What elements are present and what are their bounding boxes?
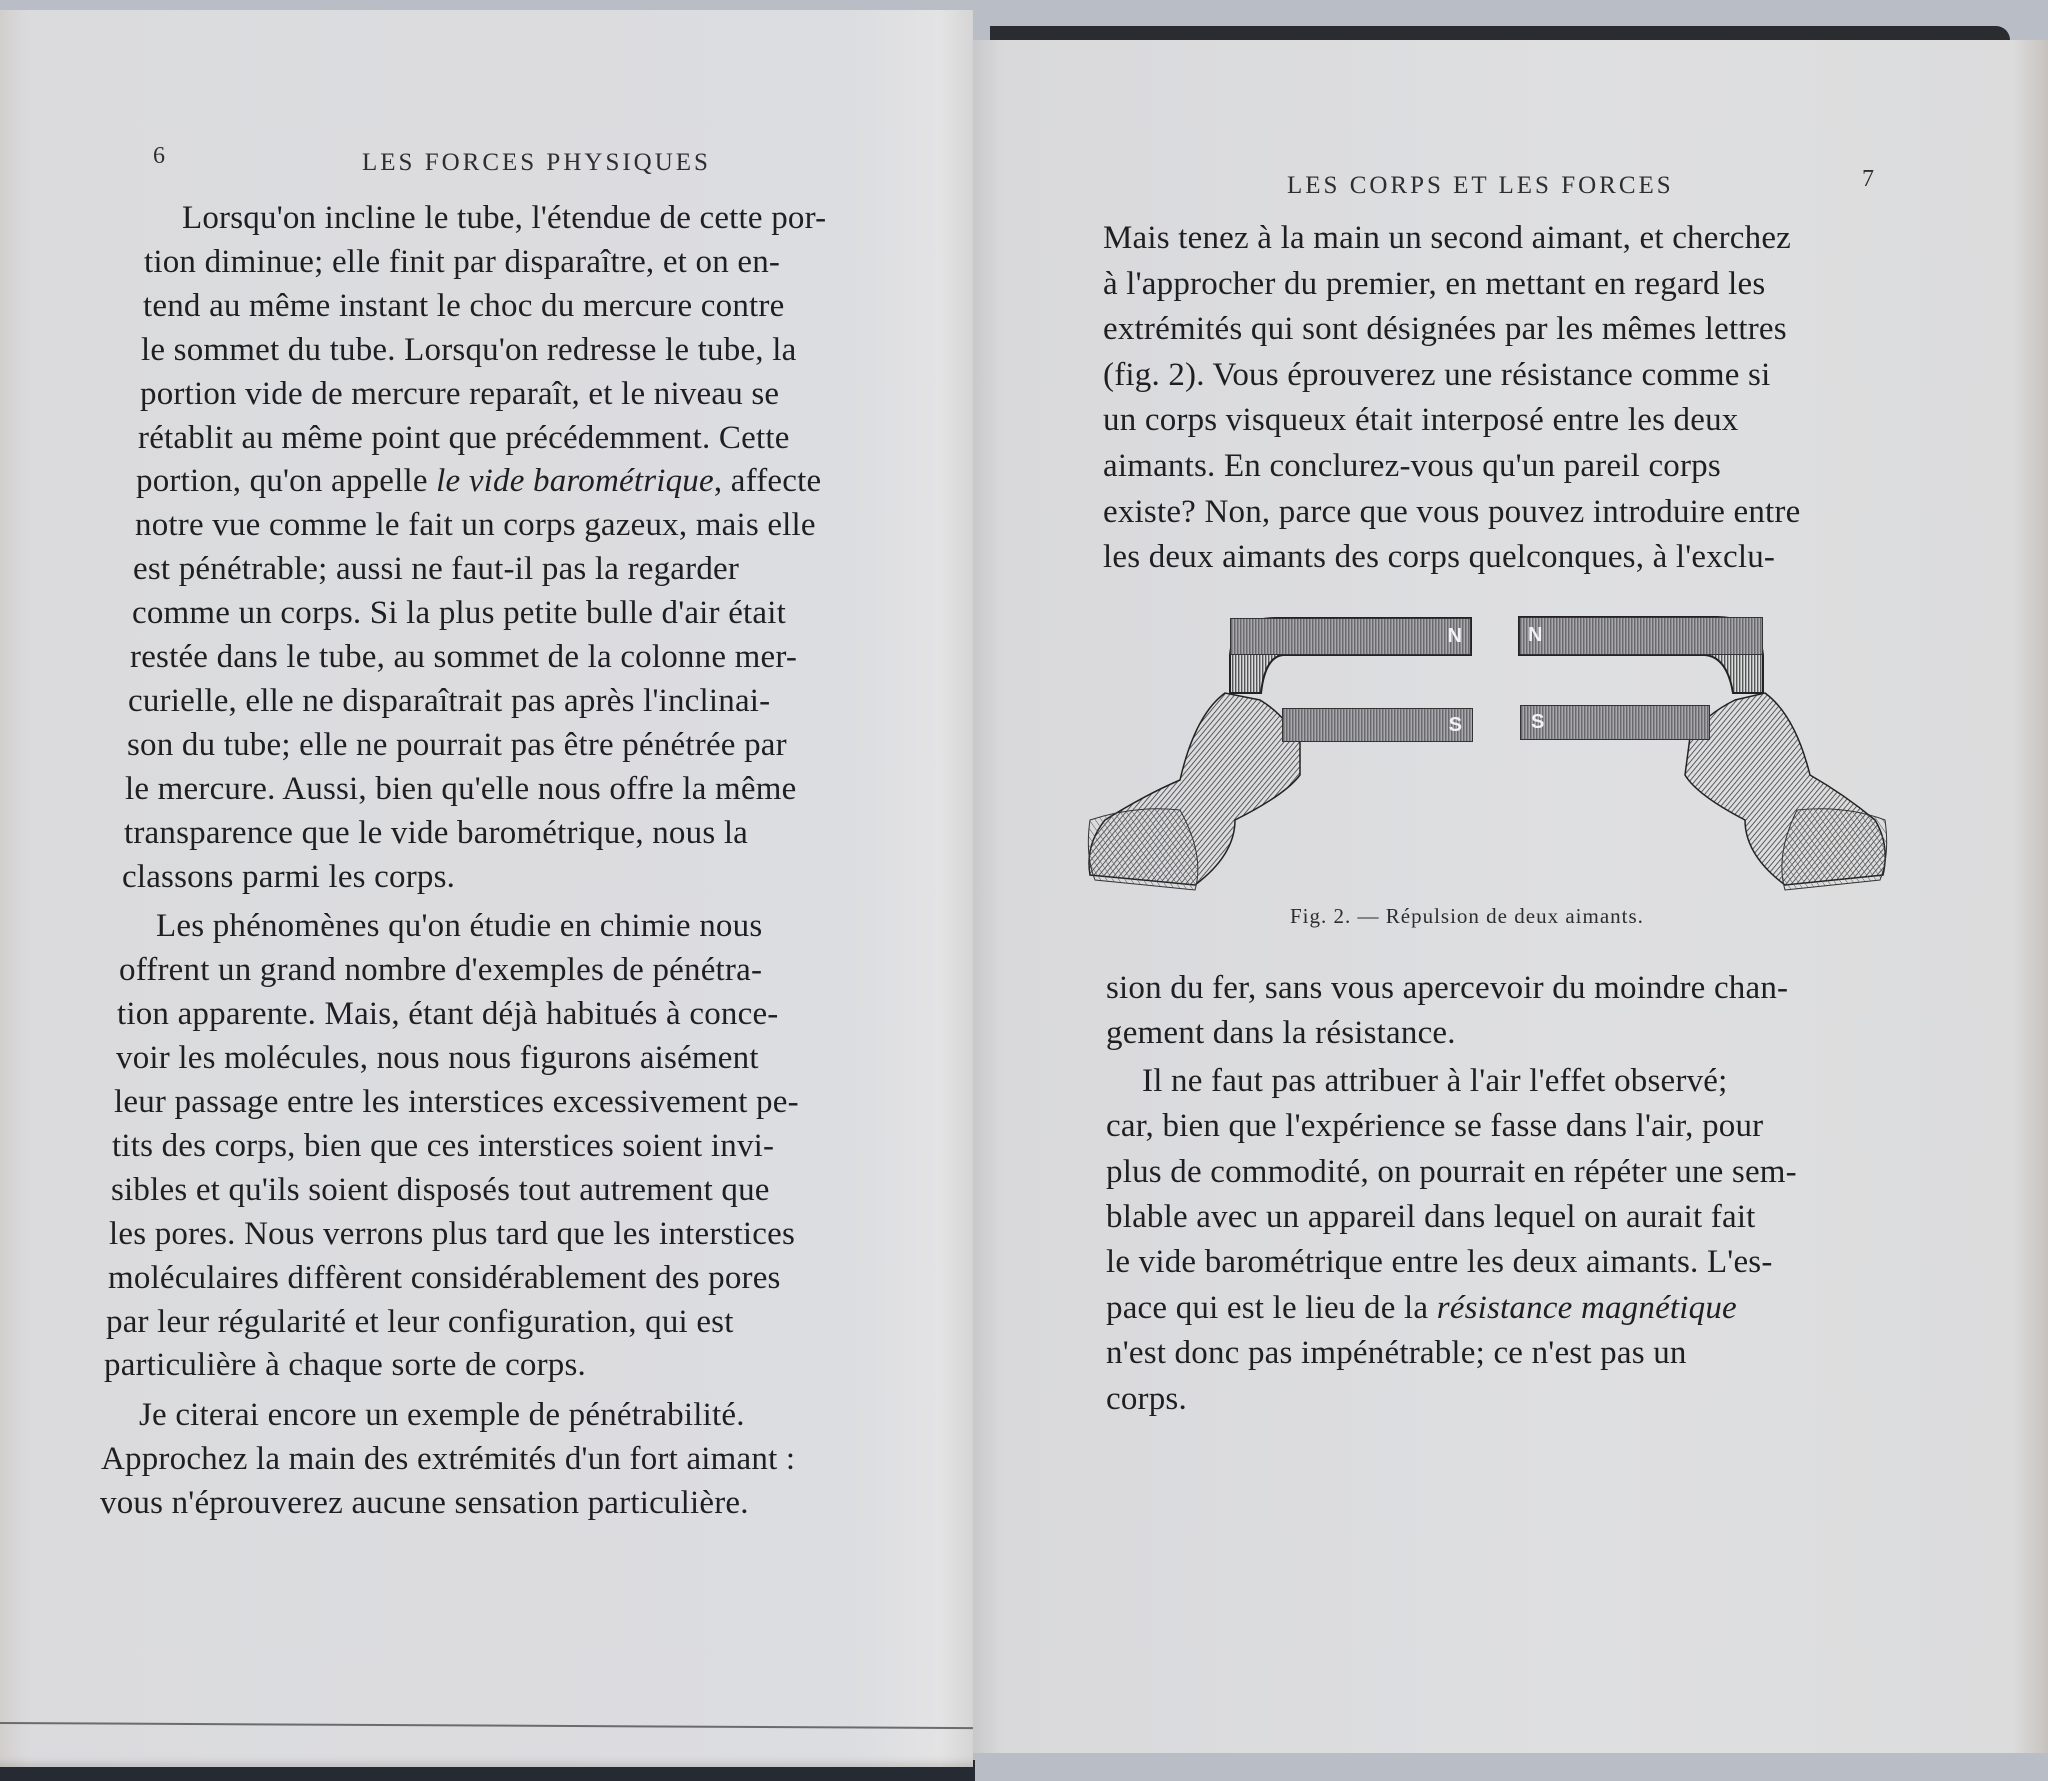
- text-line: curielle, elle ne disparaîtrait pas aprè…: [128, 683, 770, 720]
- running-head: LES CORPS ET LES FORCES: [1287, 172, 1674, 200]
- text-line: Il ne faut pas attribuer à l'air l'effet…: [1142, 1063, 1728, 1100]
- figure-caption: Fig. 2. — Répulsion de deux aimants.: [1290, 904, 1644, 929]
- text-line: le vide barométrique entre les deux aima…: [1106, 1244, 1773, 1281]
- text-line: plus de commodité, on pourrait en répéte…: [1106, 1154, 1797, 1191]
- text-line: n'est donc pas impénétrable; ce n'est pa…: [1106, 1335, 1687, 1372]
- text-line: tion apparente. Mais, étant déjà habitué…: [117, 996, 778, 1033]
- text-line: portion vide de mercure reparaît, et le …: [140, 376, 779, 413]
- text-line: classons parmi les corps.: [122, 859, 455, 896]
- text-line: rétablit au même point que précédemment.…: [138, 420, 790, 457]
- text-line: car, bien que l'expérience se fasse dans…: [1106, 1108, 1763, 1145]
- text-line: offrent un grand nombre d'exemples de pé…: [119, 952, 762, 989]
- text-line: gement dans la résistance.: [1106, 1015, 1456, 1052]
- text-line: les deux aimants des corps quelconques, …: [1103, 539, 1775, 576]
- text-line: sion du fer, sans vous apercevoir du moi…: [1106, 970, 1788, 1007]
- text-line: aimants. En conclurez-vous qu'un pareil …: [1103, 448, 1721, 485]
- text-line: portion, qu'on appelle le vide barométri…: [136, 463, 821, 500]
- text-line: existe? Non, parce que vous pouvez intro…: [1103, 494, 1800, 531]
- text-line: moléculaires diffèrent considérablement …: [108, 1260, 781, 1297]
- text-line: tits des corps, bien que ces interstices…: [112, 1128, 774, 1165]
- text-line: extrémités qui sont désignées par les mê…: [1103, 311, 1787, 348]
- text-line: Mais tenez à la main un second aimant, e…: [1103, 220, 1791, 257]
- text-line: pace qui est le lieu de la résistance ma…: [1106, 1290, 1737, 1327]
- magnet-right-lower-arm: S: [1520, 705, 1710, 740]
- magnet-left-upper-arm: N: [1230, 618, 1471, 655]
- text-line: Approchez la main des extrémités d'un fo…: [101, 1441, 795, 1478]
- text-line: les pores. Nous verrons plus tard que le…: [109, 1216, 795, 1253]
- italic-term: résistance magnétique: [1437, 1290, 1737, 1326]
- text-line: voir les molécules, nous nous figurons a…: [116, 1040, 759, 1077]
- running-head: LES FORCES PHYSIQUES: [362, 149, 711, 177]
- text-line: (fig. 2). Vous éprouverez une résistance…: [1103, 357, 1770, 394]
- text-line: tend au même instant le choc du mercure …: [143, 288, 784, 325]
- pole-label: S: [1449, 714, 1462, 737]
- text-line: leur passage entre les interstices exces…: [114, 1084, 799, 1121]
- pole-label: S: [1531, 711, 1544, 734]
- text-line: un corps visqueux était interposé entre …: [1103, 402, 1739, 439]
- magnet-right-upper-arm: N: [1519, 617, 1763, 655]
- page-number: 7: [1862, 166, 1874, 193]
- pole-label: N: [1528, 624, 1542, 647]
- hands-illustration: [1085, 605, 1890, 895]
- text-line: vous n'éprouverez aucune sensation parti…: [100, 1485, 749, 1522]
- text-line: son du tube; elle ne pourrait pas être p…: [127, 727, 787, 764]
- text-line: comme un corps. Si la plus petite bulle …: [132, 595, 786, 632]
- text-line: sibles et qu'ils soient disposés tout au…: [111, 1172, 770, 1209]
- magnet-left-lower-arm: S: [1282, 708, 1473, 742]
- text-line: tion diminue; elle finit par disparaître…: [144, 244, 780, 281]
- text-line: par leur régularité et leur configuratio…: [106, 1304, 734, 1341]
- page-number: 6: [153, 143, 165, 170]
- text-line: Je citerai encore un exemple de pénétrab…: [139, 1397, 745, 1434]
- text-line: transparence que le vide barométrique, n…: [124, 815, 748, 852]
- page-edge-line: [0, 1722, 973, 1729]
- text-line: restée dans le tube, au sommet de la col…: [130, 639, 797, 676]
- text-line: notre vue comme le fait un corps gazeux,…: [135, 507, 816, 544]
- text-line: Lorsqu'on incline le tube, l'étendue de …: [182, 200, 826, 237]
- text-line: blable avec un appareil dans lequel on a…: [1106, 1199, 1756, 1236]
- pole-label: N: [1448, 625, 1462, 648]
- text-line: à l'approcher du premier, en mettant en …: [1103, 266, 1765, 303]
- text-line: est pénétrable; aussi ne faut-il pas la …: [133, 551, 739, 588]
- text-line: le mercure. Aussi, bien qu'elle nous off…: [125, 771, 796, 808]
- text-line: particulière à chaque sorte de corps.: [104, 1347, 586, 1384]
- text-line: le sommet du tube. Lorsqu'on redresse le…: [141, 332, 796, 369]
- text-line: corps.: [1106, 1381, 1187, 1418]
- text-line: Les phénomènes qu'on étudie en chimie no…: [156, 908, 762, 945]
- figure-magnets: N N S S: [1085, 605, 1890, 895]
- italic-term: le vide barométrique: [436, 463, 714, 499]
